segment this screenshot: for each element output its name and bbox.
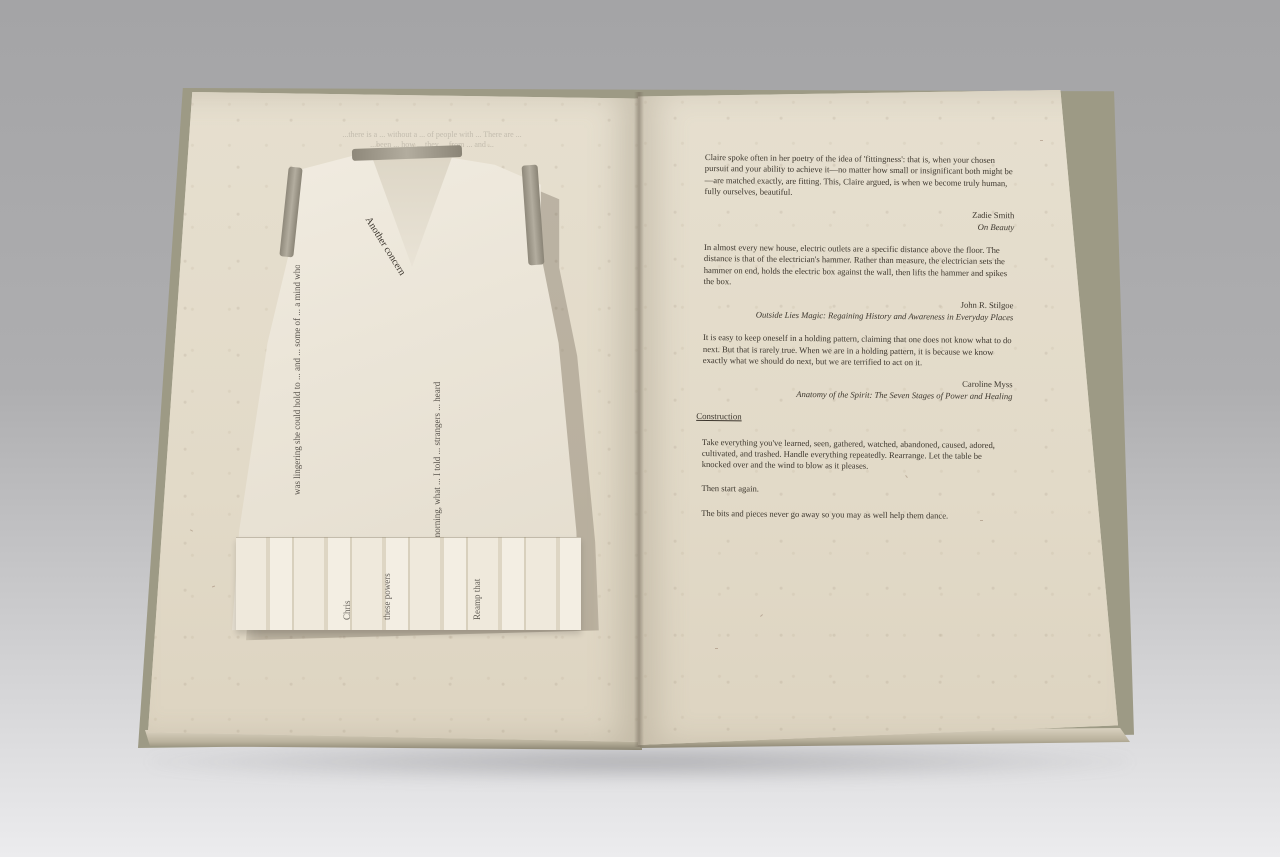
photo-scene: ...there is a ... without a ... of peopl…	[0, 0, 1280, 857]
ruffle-printed-text: Chris	[342, 540, 352, 620]
paper-fiber	[715, 648, 718, 649]
quote-author: John R. Stilgoe	[961, 300, 1014, 311]
quote-attribution: Caroline Myss Anatomy of the Spirit: The…	[702, 376, 1012, 402]
construction-paragraph: Take everything you've learned, seen, ga…	[702, 437, 1012, 474]
ruffle-printed-text: these powers	[382, 540, 392, 620]
quote-source: Outside Lies Magic: Regaining History an…	[703, 309, 1013, 324]
book-gutter	[634, 92, 644, 747]
construction-paragraph: Then start again.	[701, 483, 1011, 498]
dress-printed-text: was lingering she could hold to ... and …	[292, 265, 303, 495]
quote-2: In almost every new house, electric outl…	[703, 242, 1014, 323]
quote-text: Claire spoke often in her poetry of the …	[705, 152, 1015, 200]
construction-paragraph: The bits and pieces never go away so you…	[701, 508, 1011, 523]
quote-author: Zadie Smith	[972, 210, 1014, 220]
quote-attribution: Zadie Smith On Beauty	[704, 207, 1014, 233]
quote-author: Caroline Myss	[962, 379, 1012, 390]
quote-text: In almost every new house, electric outl…	[704, 242, 1014, 290]
quote-3: It is easy to keep oneself in a holding …	[702, 332, 1013, 402]
quote-text: It is easy to keep oneself in a holding …	[703, 332, 1013, 369]
quote-source: Anatomy of the Spirit: The Seven Stages …	[702, 388, 1012, 403]
dress-printed-text: this morning, what ... I told ... strang…	[432, 295, 443, 555]
quote-1: Claire spoke often in her poetry of the …	[704, 152, 1015, 233]
right-page-text: Claire spoke often in her poetry of the …	[701, 152, 1015, 535]
ruffle-printed-text: Reamp that	[472, 540, 482, 620]
quote-source: On Beauty	[704, 219, 1014, 234]
dress-ruffle-hem	[236, 537, 581, 630]
quote-attribution: John R. Stilgoe Outside Lies Magic: Rega…	[703, 297, 1013, 323]
construction-heading: Construction	[696, 411, 1012, 426]
paper-dress: Another concern was lingering she could …	[232, 145, 587, 640]
paper-fiber	[1040, 140, 1043, 141]
